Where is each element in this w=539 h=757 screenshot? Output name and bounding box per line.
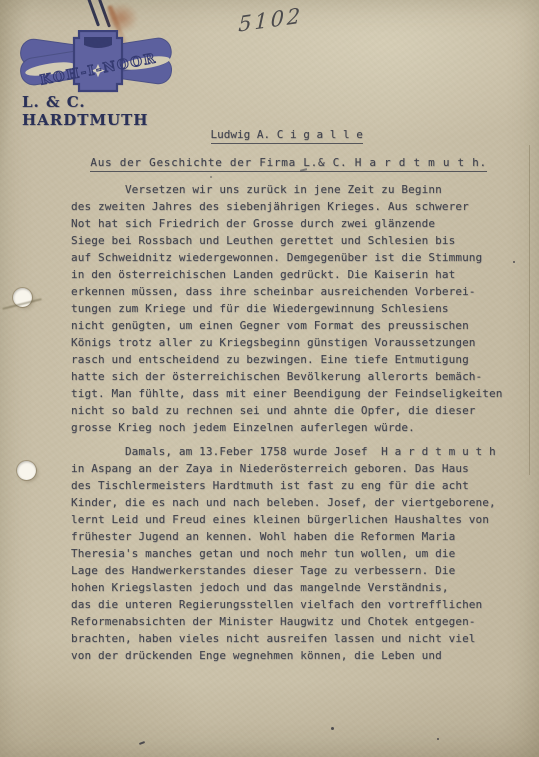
typewritten-line: in den österreichischen Landen gedrückt.… bbox=[71, 266, 503, 283]
body-paragraph-2: Damals, am 13.Feber 1758 wurde Josef H a… bbox=[71, 443, 496, 664]
typewritten-line: hohen Kriegslasten jedoch und das mangel… bbox=[71, 579, 496, 596]
typewritten-line: des Tischlermeisters Hardtmuth ist fast … bbox=[71, 477, 496, 494]
koh-i-noor-stamp-logo: KOH-I-NOOR bbox=[20, 30, 172, 94]
paper-speck bbox=[139, 741, 145, 745]
typewritten-line: in Aspang an der Zaya in Niederösterreic… bbox=[71, 460, 496, 477]
typewritten-line: von der drückenden Enge wegnehmen können… bbox=[71, 647, 496, 664]
typewritten-line: Siege bei Rossbach und Leuthen gerettet … bbox=[71, 232, 503, 249]
title-text: Aus der Geschichte der Firma L.& C. H a … bbox=[90, 156, 487, 172]
paper-speck bbox=[513, 261, 515, 263]
typewritten-line: hatte sich der österreichischen Bevölker… bbox=[71, 368, 503, 385]
typewritten-line: rasch und entscheidend zu bezwingen. Ein… bbox=[71, 351, 503, 368]
typewritten-line: Reformenabsichten der Minister Haugwitz … bbox=[71, 613, 496, 630]
document-page: 5102 KOH-I-NOOR L. & C. HARDTMUTH Ludwig… bbox=[0, 0, 539, 757]
typewritten-line: Kinder, die es nach und nach beleben. Jo… bbox=[71, 494, 496, 511]
ink-slash-mark bbox=[87, 0, 100, 27]
title-line: Aus der Geschichte der Firma L.& C. H a … bbox=[61, 140, 487, 185]
typewritten-line: auf Schweidnitz wiedergewonnen. Demgegen… bbox=[71, 249, 503, 266]
typewritten-line: Königs trotz aller zu Kriegsbeginn günst… bbox=[71, 334, 503, 351]
paper-speck bbox=[210, 176, 212, 178]
paper-speck bbox=[437, 738, 439, 740]
typewritten-line: lernt Leid und Freud eines kleinen bürge… bbox=[71, 511, 496, 528]
typewritten-line: Not hat sich Friedrich der Grosse durch … bbox=[71, 215, 503, 232]
typewritten-line: des zweiten Jahres des siebenjährigen Kr… bbox=[71, 198, 503, 215]
typewritten-line: Theresia's manches getan und noch mehr t… bbox=[71, 545, 496, 562]
typewritten-line: nicht genügten, um einen Gegner vom Form… bbox=[71, 317, 503, 334]
typewritten-line: Lage des Handwerkerstandes dieser Tage z… bbox=[71, 562, 496, 579]
body-paragraph-1: Versetzen wir uns zurück in jene Zeit zu… bbox=[71, 181, 503, 436]
stamp-crest-emblem bbox=[84, 37, 112, 48]
typewritten-line: nicht so bald zu rechnen sei und ahnte d… bbox=[71, 402, 503, 419]
typewritten-line: tigt. Man fühlte, dass mit einer Beendig… bbox=[71, 385, 503, 402]
typewritten-line: das die unteren Regierungsstellen vielfa… bbox=[71, 596, 496, 613]
handwritten-archive-number: 5102 bbox=[238, 3, 304, 36]
typewritten-line: brachten, haben vieles nicht ausreifen l… bbox=[71, 630, 496, 647]
typewritten-line: erkennen müssen, dass ihre scheinbar aus… bbox=[71, 283, 503, 300]
paper-speck bbox=[331, 727, 334, 730]
paper-crease-right bbox=[529, 145, 530, 475]
typewritten-line: Damals, am 13.Feber 1758 wurde Josef H a… bbox=[71, 443, 496, 460]
typewritten-line: frühester Jugend an kennen. Wohl haben d… bbox=[71, 528, 496, 545]
punch-hole-bottom bbox=[17, 461, 36, 480]
typewritten-line: tungen zum Kriege und für die Wiedergewi… bbox=[71, 300, 503, 317]
typewritten-line: Versetzen wir uns zurück in jene Zeit zu… bbox=[71, 181, 503, 198]
typewritten-line: grosse Krieg noch jedem Einzelnen auferl… bbox=[71, 419, 503, 436]
company-name: L. & C. HARDTMUTH bbox=[22, 93, 202, 129]
